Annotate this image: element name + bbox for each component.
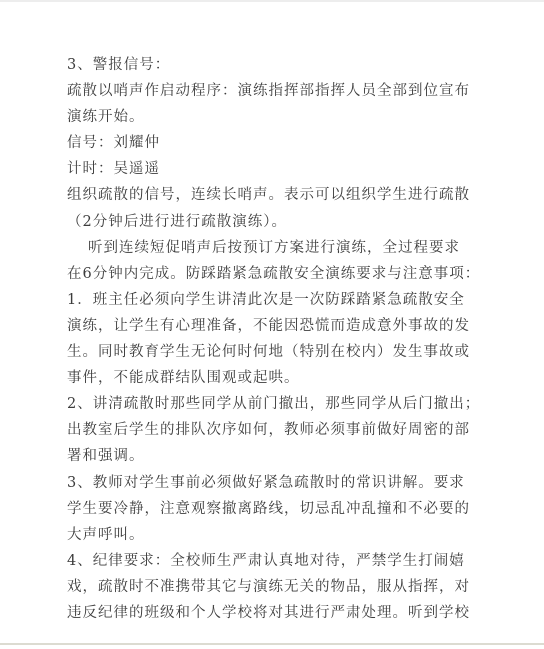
text-line: 3、教师对学生事前必须做好紧急疏散时的常识讲解。要求	[67, 470, 527, 496]
page-top-edge	[0, 0, 544, 2]
text-line: 演练开始。	[67, 104, 527, 130]
page-bottom-edge	[0, 643, 544, 645]
text-line: 计时：吴遥遥	[67, 156, 527, 182]
document-body: 3、警报信号：疏散以哨声作启动程序：演练指挥部指挥人员全部到位宣布演练开始。信号…	[67, 52, 527, 626]
text-line: 在6分钟内完成。防踩踏紧急疏散安全演练要求与注意事项：	[67, 261, 527, 287]
text-line: 1．班主任必须向学生讲清此次是一次防踩踏紧急疏散安全	[67, 287, 527, 313]
text-line: 3、警报信号：	[67, 52, 527, 78]
text-line: 大声呼叫。	[67, 522, 527, 548]
text-line: 学生要冷静，注意观察撤离路线，切忌乱冲乱撞和不必要的	[67, 496, 527, 522]
document-page: 3、警报信号：疏散以哨声作启动程序：演练指挥部指挥人员全部到位宣布演练开始。信号…	[0, 0, 544, 649]
text-line: 2、讲清疏散时那些同学从前门撤出，那些同学从后门撤出；	[67, 391, 527, 417]
text-line: 生。同时教育学生无论何时何地（特别在校内）发生事故或	[67, 339, 527, 365]
text-line: 组织疏散的信号，连续长哨声。表示可以组织学生进行疏散	[67, 182, 527, 208]
text-line: 疏散以哨声作启动程序：演练指挥部指挥人员全部到位宣布	[67, 78, 527, 104]
text-line: 事件，不能成群结队围观或起哄。	[67, 365, 527, 391]
text-line: 信号：刘耀仲	[67, 130, 527, 156]
text-line: 出教室后学生的排队次序如何，教师必须事前做好周密的部	[67, 417, 527, 443]
text-line: 听到连续短促哨声后按预订方案进行演练，全过程要求	[67, 235, 527, 261]
text-line: 署和强调。	[67, 443, 527, 469]
text-line: （2分钟后进行进行疏散演练）。	[67, 209, 527, 235]
text-line: 演练，让学生有心理准备，不能因恐慌而造成意外事故的发	[67, 313, 527, 339]
text-line: 4、纪律要求：全校师生严肃认真地对待，严禁学生打闹嬉	[67, 548, 527, 574]
text-line: 戏，疏散时不准携带其它与演练无关的物品，服从指挥，对	[67, 574, 527, 600]
text-line: 违反纪律的班级和个人学校将对其进行严肃处理。听到学校	[67, 600, 527, 626]
